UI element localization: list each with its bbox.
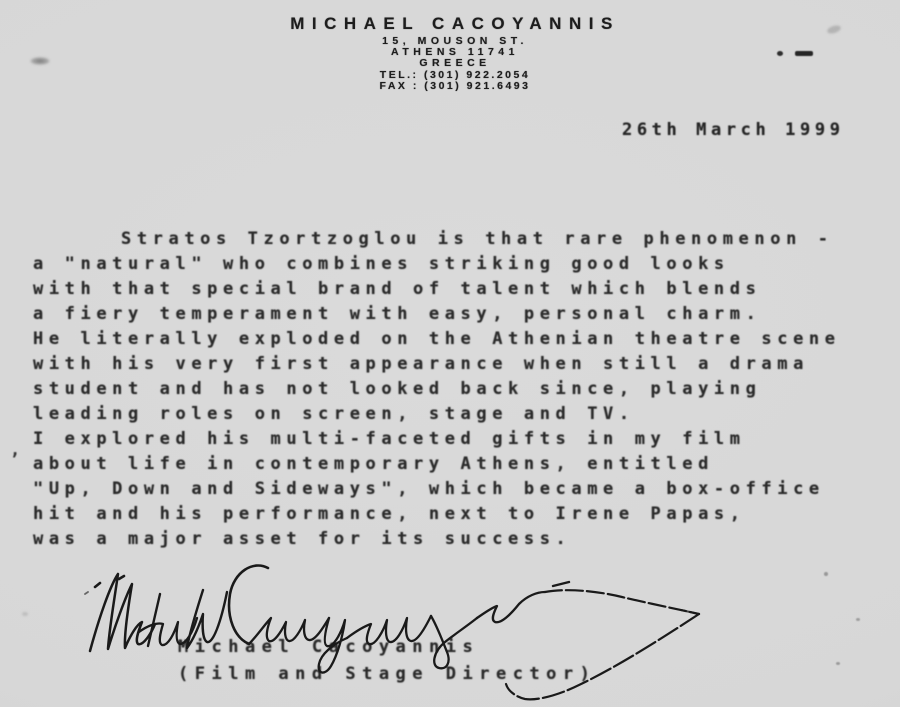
body-line: with that special brand of talent which … [33,277,883,302]
letterhead-country: GREECE [100,57,810,69]
body-line: Stratos Tzortzoglou is that rare phenome… [33,227,883,252]
typed-signature-name: Michael Cacoyannis [178,634,596,661]
typed-signature-title: (Film and Stage Director) [178,661,596,688]
body-line: He literally exploded on the Athenian th… [33,327,883,352]
scan-speck [22,612,28,616]
scan-smudge [30,57,50,65]
body-line: a fiery temperament with easy, personal … [33,302,883,327]
letter-date: 26th March 1999 [622,120,845,140]
scan-speck [856,618,860,621]
body-line: was a major asset for its success. [33,527,883,552]
scan-speck [824,572,828,576]
body-line: leading roles on screen, stage and TV. [33,402,883,427]
scan-speck [836,662,840,665]
body-line: a "natural" who combines striking good l… [33,252,883,277]
margin-mark: , [10,440,20,460]
body-line: hit and his performance, next to Irene P… [33,502,883,527]
letterhead-fax: FAX : (301) 921.6493 [100,80,810,92]
letter-body: Stratos Tzortzoglou is that rare phenome… [33,227,883,552]
body-line: student and has not looked back since, p… [33,377,883,402]
body-line: I explored his multi-faceted gifts in my… [33,427,883,452]
letterhead: MICHAEL CACOYANNIS 15, MOUSON ST. ATHENS… [100,0,810,110]
body-line: "Up, Down and Sideways", which became a … [33,477,883,502]
letterhead-name: MICHAEL CACOYANNIS [100,14,810,34]
body-line: with his very first appearance when stil… [33,352,883,377]
scan-faint-mark [826,24,841,35]
letter-page: MICHAEL CACOYANNIS 15, MOUSON ST. ATHENS… [0,0,900,707]
body-line: about life in contemporary Athens, entit… [33,452,883,477]
typed-signature-block: Michael Cacoyannis (Film and Stage Direc… [178,634,596,688]
